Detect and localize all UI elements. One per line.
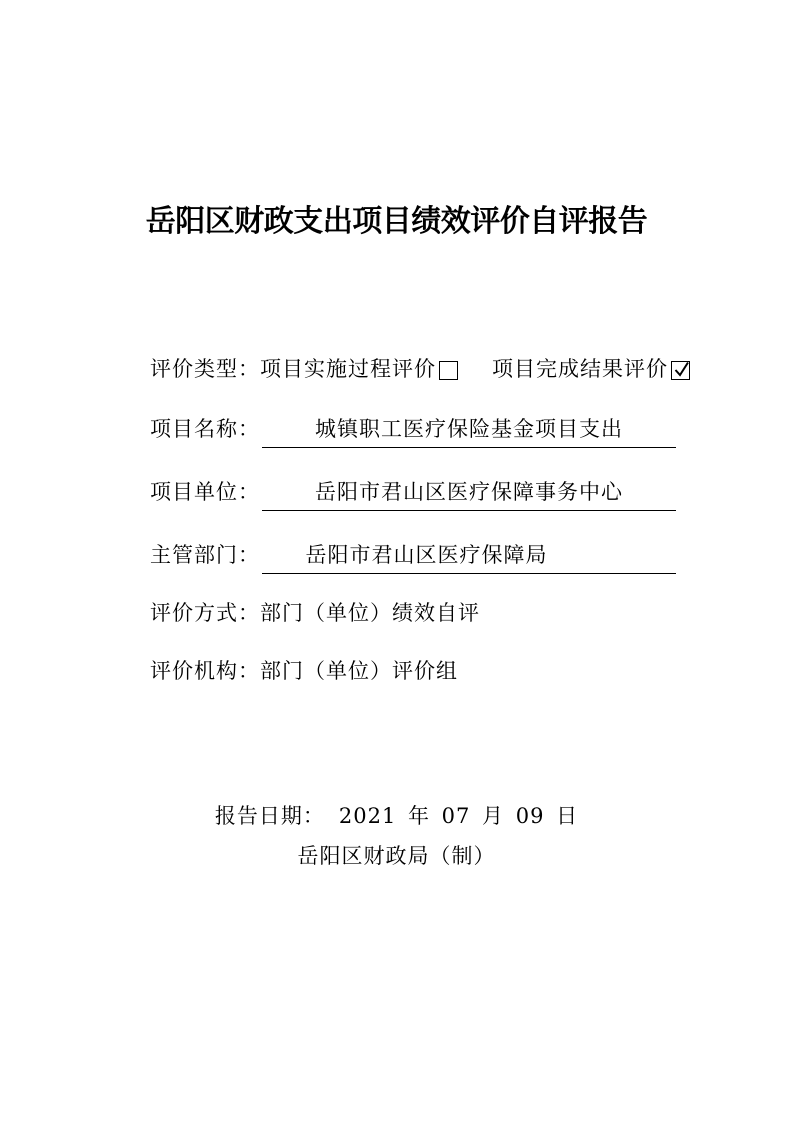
- supervising-department-row: 主管部门： 岳阳市君山区医疗保障局: [150, 542, 676, 574]
- evaluation-agency-value: 部门（单位）评价组: [260, 658, 458, 685]
- report-cover-page: 岳阳区财政支出项目绩效评价自评报告 评价类型： 项目实施过程评价 项目完成结果评…: [0, 0, 793, 1122]
- report-date-row: 报告日期：2021 年 07 月 09 日: [0, 803, 793, 830]
- option-result-evaluation: 项目完成结果评价: [492, 356, 690, 383]
- supervising-department-label: 主管部门：: [150, 542, 260, 569]
- report-date-value: 2021 年 07 月 09 日: [339, 804, 578, 828]
- supervising-department-value: 岳阳市君山区医疗保障局: [262, 542, 676, 574]
- option-process-label: 项目实施过程评价: [260, 356, 436, 383]
- issuer-line: 岳阳区财政局（制）: [0, 843, 793, 870]
- report-date-label: 报告日期：: [215, 804, 325, 828]
- project-unit-value: 岳阳市君山区医疗保障事务中心: [262, 479, 676, 511]
- evaluation-type-label: 评价类型：: [150, 356, 260, 383]
- page-title: 岳阳区财政支出项目绩效评价自评报告: [0, 196, 793, 240]
- checkbox-checked-icon: [671, 361, 690, 380]
- project-name-label: 项目名称：: [150, 416, 260, 443]
- project-name-row: 项目名称： 城镇职工医疗保险基金项目支出: [150, 416, 676, 448]
- evaluation-agency-label: 评价机构：: [150, 658, 260, 685]
- evaluation-method-value: 部门（单位）绩效自评: [260, 600, 480, 627]
- option-result-label: 项目完成结果评价: [492, 356, 668, 383]
- checkbox-unchecked-icon: [439, 361, 458, 380]
- project-unit-row: 项目单位： 岳阳市君山区医疗保障事务中心: [150, 479, 676, 511]
- project-name-value: 城镇职工医疗保险基金项目支出: [262, 416, 676, 448]
- evaluation-method-label: 评价方式：: [150, 600, 260, 627]
- project-unit-label: 项目单位：: [150, 479, 260, 506]
- evaluation-agency-row: 评价机构： 部门（单位）评价组: [150, 658, 458, 685]
- evaluation-type-row: 评价类型： 项目实施过程评价 项目完成结果评价: [150, 356, 690, 383]
- evaluation-method-row: 评价方式： 部门（单位）绩效自评: [150, 600, 480, 627]
- option-process-evaluation: 项目实施过程评价: [260, 356, 458, 383]
